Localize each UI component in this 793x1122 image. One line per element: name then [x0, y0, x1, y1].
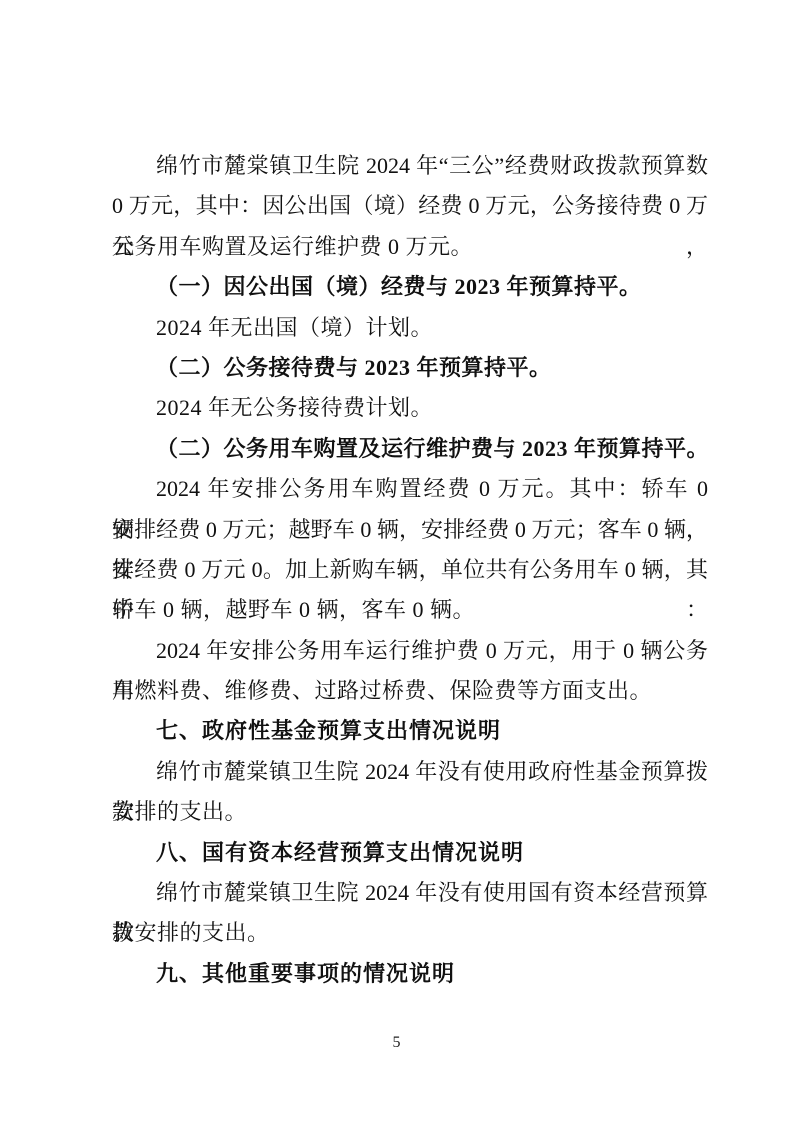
section-heading: 七、政府性基金预算支出情况说明: [112, 711, 708, 751]
text-line: 2024 年安排公务用车运行维护费 0 万元，用于 0 辆公务用: [112, 631, 708, 671]
document-content: 绵竹市麓棠镇卫生院 2024 年“三公”经费财政拨款预算数 0 万元，其中：因公…: [112, 146, 708, 994]
page-number: 5: [0, 1034, 793, 1052]
paragraph: 2024 年安排公务用车运行维护费 0 万元，用于 0 辆公务用 车燃料费、维修…: [112, 631, 708, 712]
text-line: 安排经费 0 万元；越野车 0 辆，安排经费 0 万元；客车 0 辆，安: [112, 510, 708, 550]
text-line: 2024 年无出国（境）计划。: [112, 308, 708, 348]
text-line: 绵竹市麓棠镇卫生院 2024 年“三公”经费财政拨款预算数: [112, 146, 708, 186]
subsection-heading: （二）公务用车购置及运行维护费与 2023 年预算持平。: [112, 429, 708, 469]
paragraph: 绵竹市麓棠镇卫生院 2024 年没有使用国有资本经营预算拨 款安排的支出。: [112, 873, 708, 954]
subsection-heading: （一）因公出国（境）经费与 2023 年预算持平。: [112, 267, 708, 307]
text-line: 车燃料费、维修费、过路过桥费、保险费等方面支出。: [112, 671, 708, 711]
text-line: 排经费 0 万元 0。加上新购车辆，单位共有公务用车 0 辆，其中：: [112, 550, 708, 590]
text-line: 款安排的支出。: [112, 913, 708, 953]
text-line: （一）因公出国（境）经费与 2023 年预算持平。: [112, 267, 708, 307]
text-line: 安排的支出。: [112, 792, 708, 832]
paragraph: 2024 年无出国（境）计划。: [112, 308, 708, 348]
text-line: 七、政府性基金预算支出情况说明: [112, 711, 708, 751]
paragraph: 2024 年无公务接待费计划。: [112, 388, 708, 428]
section-heading: 八、国有资本经营预算支出情况说明: [112, 833, 708, 873]
text-line: 2024 年安排公务用车购置经费 0 万元。其中：轿车 0 辆，: [112, 469, 708, 509]
text-line: 绵竹市麓棠镇卫生院 2024 年没有使用政府性基金预算拨款: [112, 752, 708, 792]
text-line: 2024 年无公务接待费计划。: [112, 388, 708, 428]
paragraph: 绵竹市麓棠镇卫生院 2024 年没有使用政府性基金预算拨款 安排的支出。: [112, 752, 708, 833]
text-line: 九、其他重要事项的情况说明: [112, 954, 708, 994]
text-line: 绵竹市麓棠镇卫生院 2024 年没有使用国有资本经营预算拨: [112, 873, 708, 913]
text-line: 八、国有资本经营预算支出情况说明: [112, 833, 708, 873]
document-page: 绵竹市麓棠镇卫生院 2024 年“三公”经费财政拨款预算数 0 万元，其中：因公…: [0, 0, 793, 1122]
paragraph: 2024 年安排公务用车购置经费 0 万元。其中：轿车 0 辆， 安排经费 0 …: [112, 469, 708, 631]
text-line: 0 万元，其中：因公出国（境）经费 0 万元，公务接待费 0 万元，: [112, 186, 708, 226]
text-line: （二）公务用车购置及运行维护费与 2023 年预算持平。: [112, 429, 708, 469]
section-heading: 九、其他重要事项的情况说明: [112, 954, 708, 994]
subsection-heading: （二）公务接待费与 2023 年预算持平。: [112, 348, 708, 388]
paragraph: 绵竹市麓棠镇卫生院 2024 年“三公”经费财政拨款预算数 0 万元，其中：因公…: [112, 146, 708, 267]
text-line: （二）公务接待费与 2023 年预算持平。: [112, 348, 708, 388]
